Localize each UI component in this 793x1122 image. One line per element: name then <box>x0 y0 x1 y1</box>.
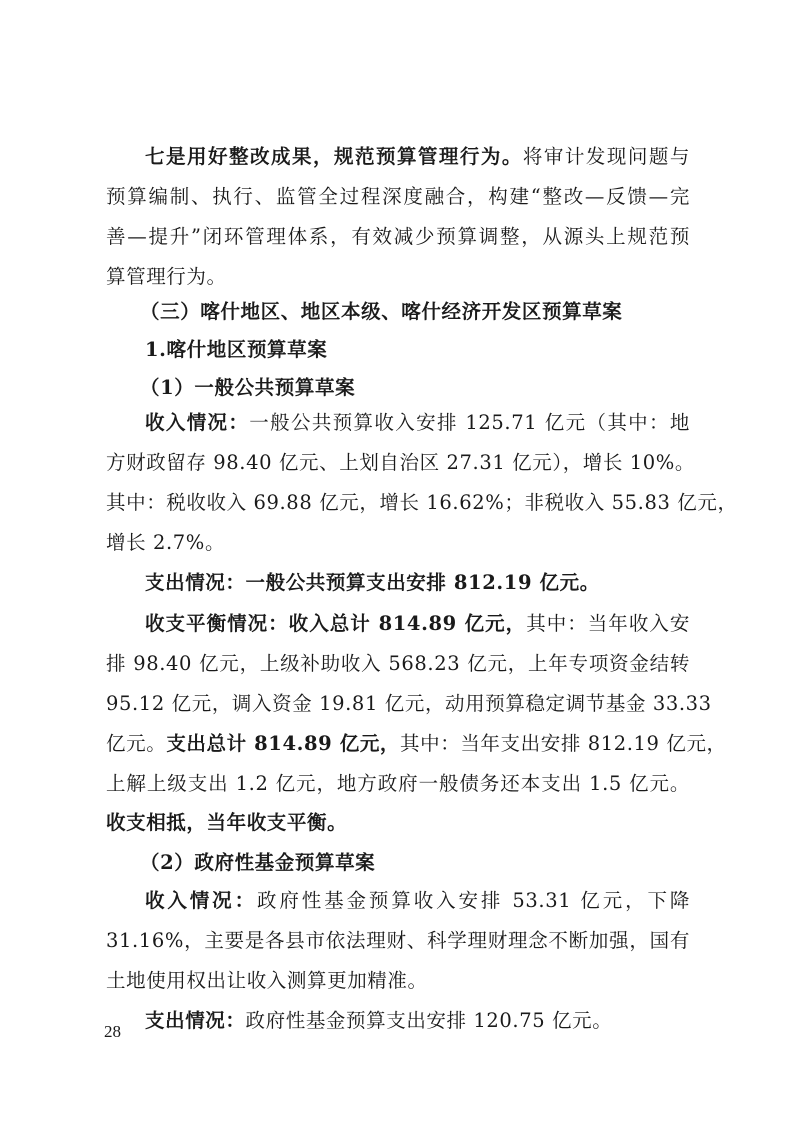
balance-line-4: 亿元。支出总计 814.89 亿元，其中：当年支出安排 812.19 亿元， <box>106 725 690 763</box>
paragraph-7-lead: 七是用好整改成果，规范预算管理行为。 <box>145 145 523 168</box>
income-line-1: 收入情况：一般公共预算收入安排 125.71 亿元（其中：地 <box>106 404 690 442</box>
balance-line-1: 收支平衡情况：收入总计 814.89 亿元，其中：当年收入安 <box>106 605 690 643</box>
balance-line-5: 上解上级支出 1.2 亿元，地方政府一般债务还本支出 1.5 亿元。 <box>106 765 690 803</box>
subsection-heading-1-2: （2）政府性基金预算草案 <box>106 844 690 882</box>
paragraph-7-line-1: 七是用好整改成果，规范预算管理行为。将审计发现问题与 <box>106 138 690 176</box>
balance-line-3: 95.12 亿元，调入资金 19.81 亿元，动用预算稳定调节基金 33.33 <box>106 685 690 723</box>
fund-income-line-3: 土地使用权出让收入测算更加精准。 <box>106 962 690 1000</box>
balance-conclusion: 收支相抵，当年收支平衡。 <box>106 804 690 842</box>
page-number: 28 <box>104 1022 121 1042</box>
income-line-4: 增长 2.7%。 <box>106 524 690 562</box>
income-line-2: 方财政留存 98.40 亿元、上划自治区 27.31 亿元），增长 10%。 <box>106 444 690 482</box>
fund-expense-line: 支出情况：政府性基金预算支出安排 120.75 亿元。 <box>106 1002 690 1040</box>
fund-income-line-1: 收入情况：政府性基金预算收入安排 53.31 亿元，下降 <box>106 882 690 920</box>
fund-income-line-2: 31.16%，主要是各县市依法理财、科学理财理念不断加强，国有 <box>106 922 690 960</box>
subsection-heading-1-1: （1）一般公共预算草案 <box>106 369 690 407</box>
paragraph-7-line-4: 算管理行为。 <box>106 258 690 296</box>
section-heading-3: （三）喀什地区、地区本级、喀什经济开发区预算草案 <box>106 293 690 331</box>
income-line-3: 其中：税收收入 69.88 亿元，增长 16.62%；非税收入 55.83 亿元… <box>106 484 690 522</box>
subsection-heading-1: 1.喀什地区预算草案 <box>106 331 690 369</box>
paragraph-7-line-2: 预算编制、执行、监管全过程深度融合，构建“整改—反馈—完 <box>106 178 690 216</box>
paragraph-7-line-3: 善—提升”闭环管理体系，有效减少预算调整，从源头上规范预 <box>106 218 690 256</box>
expense-line: 支出情况：一般公共预算支出安排 812.19 亿元。 <box>106 564 690 602</box>
balance-line-2: 排 98.40 亿元，上级补助收入 568.23 亿元，上年专项资金结转 <box>106 645 690 683</box>
